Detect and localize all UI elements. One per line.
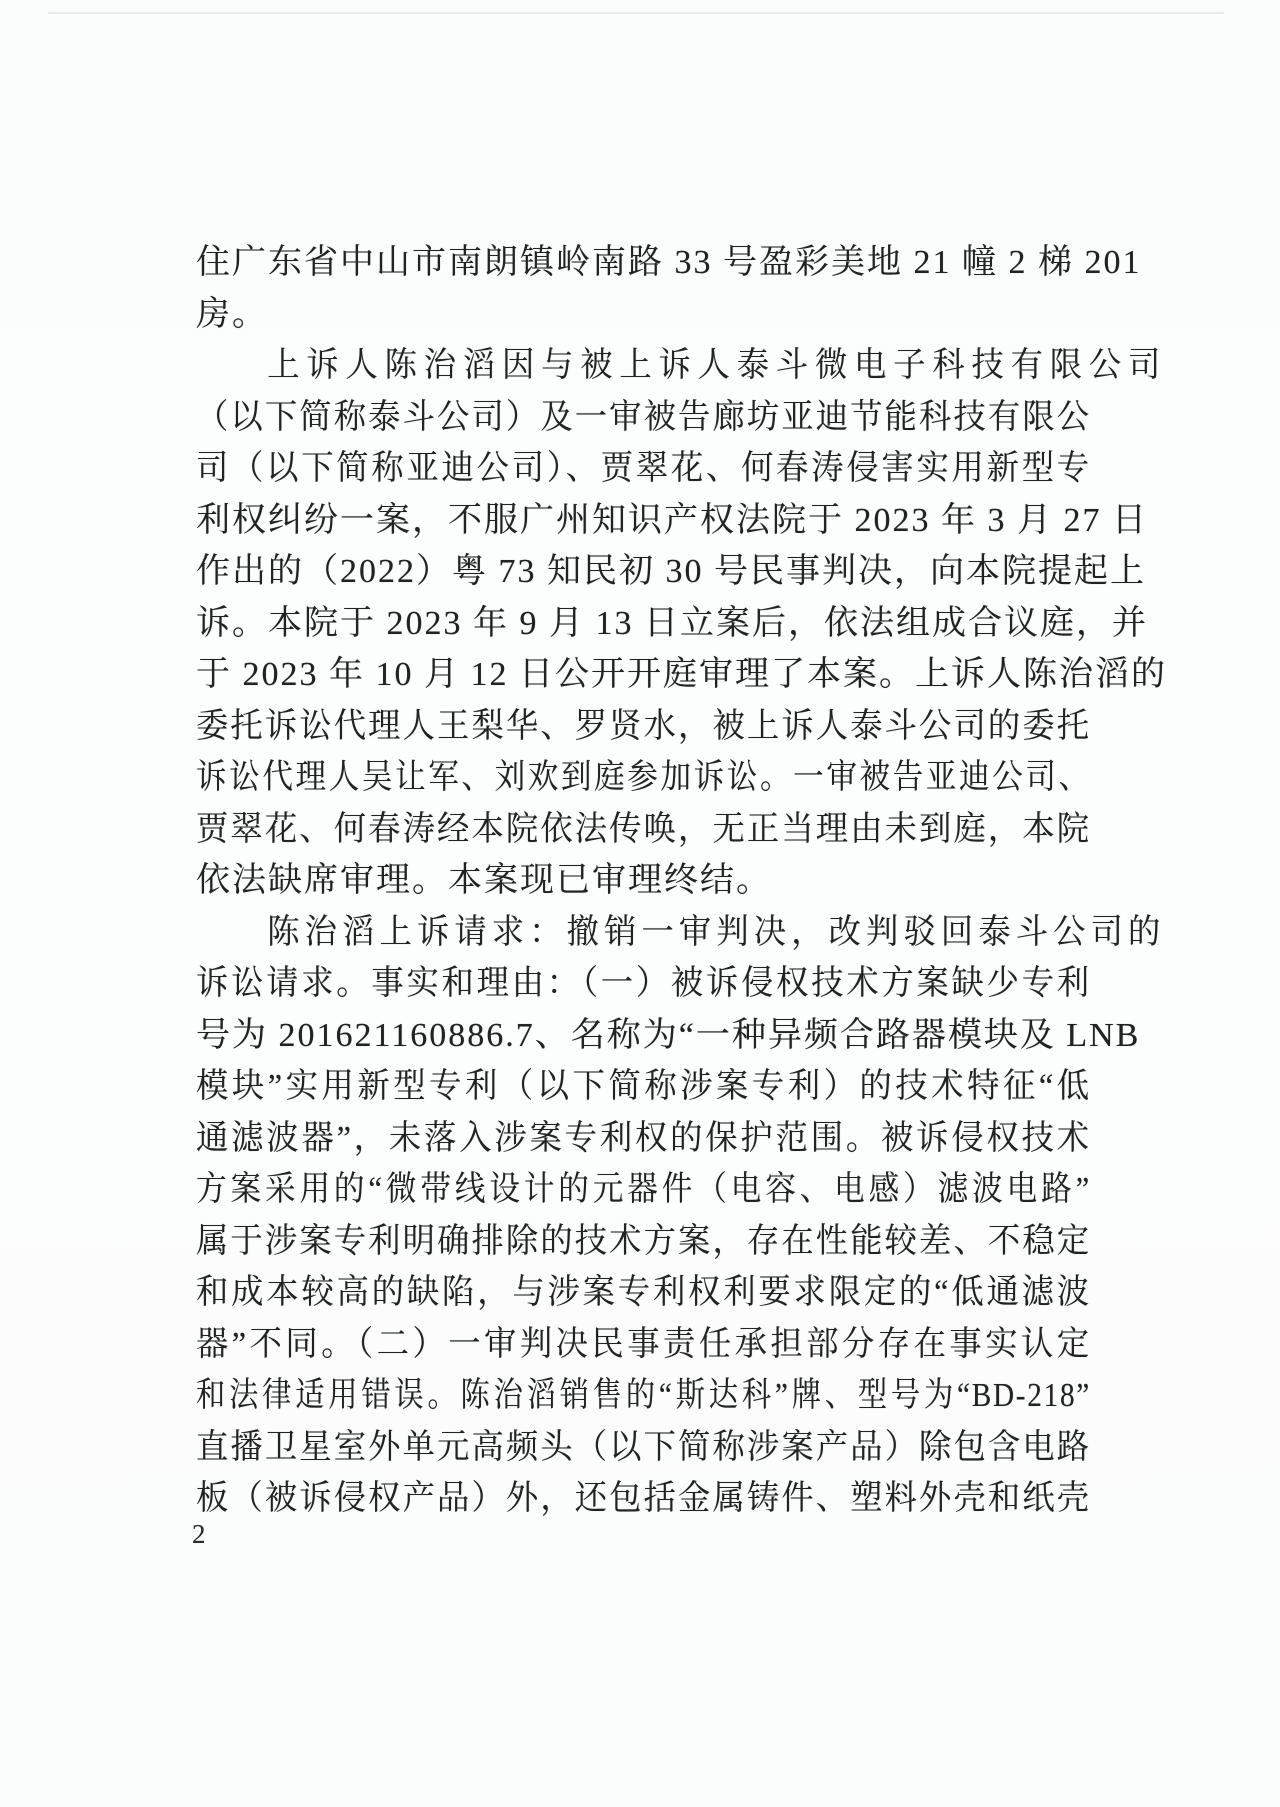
text-line: 直播卫星室外单元高频头（以下简称涉案产品）除包含电路 bbox=[196, 1422, 1091, 1474]
text-line: 方案采用的“微带线设计的元器件（电容、电感）滤波电路” bbox=[196, 1164, 1091, 1216]
text-line: 陈治滔上诉请求：撤销一审判决，改判驳回泰斗公司的 bbox=[196, 907, 1162, 959]
text-line: 诉讼代理人吴让军、刘欢到庭参加诉讼。一审被告亚迪公司、 bbox=[196, 752, 1091, 804]
text-line: 作出的（2022）粤 73 知民初 30 号民事判决，向本院提起上 bbox=[196, 546, 1091, 598]
text-line: 依法缺席审理。本案现已审理终结。 bbox=[196, 855, 1091, 907]
text-line: 和成本较高的缺陷，与涉案专利权利要求限定的“低通滤波 bbox=[196, 1267, 1091, 1319]
text-line: 住广东省中山市南朗镇岭南路 33 号盈彩美地 21 幢 2 梯 201 bbox=[196, 237, 1091, 289]
text-line: 房。 bbox=[196, 289, 1091, 341]
text-line: 诉。本院于 2023 年 9 月 13 日立案后，依法组成合议庭，并 bbox=[196, 598, 1091, 650]
text-line: 和法律适用错误。陈治滔销售的“斯达科”牌、型号为“BD-218” bbox=[196, 1370, 1091, 1422]
text-line: 利权纠纷一案，不服广州知识产权法院于 2023 年 3 月 27 日 bbox=[196, 495, 1091, 547]
text-line: 号为 201621160886.7、名称为“一种异频合路器模块及 LNB bbox=[196, 1010, 1091, 1062]
text-line: 诉讼请求。事实和理由：（一）被诉侵权技术方案缺少专利 bbox=[196, 958, 1091, 1010]
text-line: 通滤波器”，未落入涉案专利权的保护范围。被诉侵权技术 bbox=[196, 1113, 1091, 1165]
judgment-body: 住广东省中山市南朗镇岭南路 33 号盈彩美地 21 幢 2 梯 201房。上诉人… bbox=[196, 237, 1091, 1525]
document-page: 住广东省中山市南朗镇岭南路 33 号盈彩美地 21 幢 2 梯 201房。上诉人… bbox=[0, 0, 1280, 1807]
text-line: 贾翠花、何春涛经本院依法传唤，无正当理由未到庭，本院 bbox=[196, 804, 1091, 856]
page-number: 2 bbox=[192, 1519, 206, 1549]
text-line: 于 2023 年 10 月 12 日公开开庭审理了本案。上诉人陈治滔的 bbox=[196, 649, 1091, 701]
text-line: 板（被诉侵权产品）外，还包括金属铸件、塑料外壳和纸壳 bbox=[196, 1473, 1091, 1525]
text-line: 属于涉案专利明确排除的技术方案，存在性能较差、不稳定 bbox=[196, 1216, 1091, 1268]
text-line: 器”不同。（二）一审判决民事责任承担部分存在事实认定 bbox=[196, 1319, 1091, 1371]
text-line: 模块”实用新型专利（以下简称涉案专利）的技术特征“低 bbox=[196, 1061, 1091, 1113]
text-line: 司（以下简称亚迪公司）、贾翠花、何春涛侵害实用新型专 bbox=[196, 443, 1091, 495]
text-line: 上诉人陈治滔因与被上诉人泰斗微电子科技有限公司 bbox=[196, 340, 1162, 392]
text-line: 委托诉讼代理人王梨华、罗贤水，被上诉人泰斗公司的委托 bbox=[196, 701, 1091, 753]
text-line: （以下简称泰斗公司）及一审被告廊坊亚迪节能科技有限公 bbox=[196, 392, 1091, 444]
scan-artifact bbox=[48, 12, 1224, 14]
